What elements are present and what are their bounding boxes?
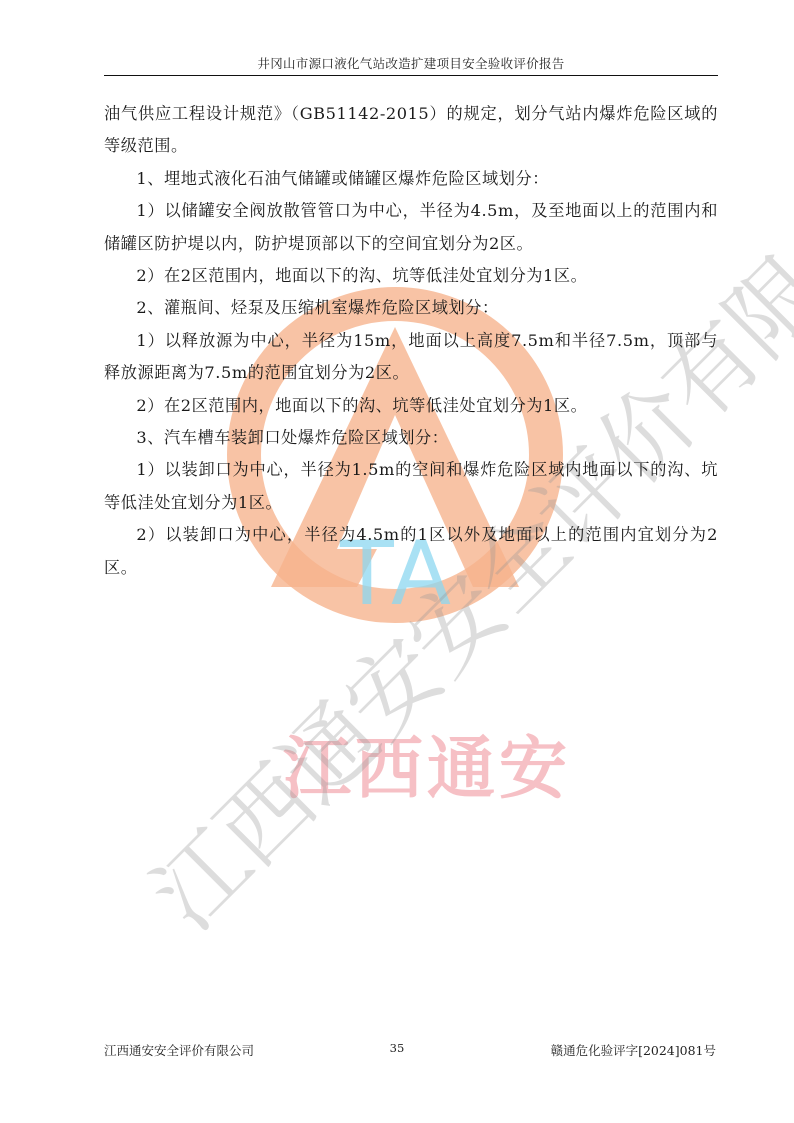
document-body: 油气供应工程设计规范》（GB51142-2015）的规定，划分气站内爆炸危险区域… [104, 98, 718, 584]
paragraph: 1）以释放源为中心，半径为15m，地面以上高度7.5m和半径7.5m，顶部与释放… [104, 325, 718, 390]
page-header-title: 井冈山市源口液化气站改造扩建项目安全验收评价报告 [104, 54, 718, 72]
watermark-brand-text: 江西通安 [283, 736, 571, 804]
section-heading: 3、汽车槽车装卸口处爆炸危险区域划分： [104, 422, 718, 454]
paragraph: 2）在2区范围内，地面以下的沟、坑等低洼处宜划分为1区。 [104, 260, 718, 292]
header-divider [104, 75, 718, 76]
section-heading: 2、灌瓶间、烃泵及压缩机室爆炸危险区域划分： [104, 292, 718, 324]
paragraph: 2）在2区范围内，地面以下的沟、坑等低洼处宜划分为1区。 [104, 390, 718, 422]
section-heading: 1、埋地式液化石油气储罐或储罐区爆炸危险区域划分： [104, 163, 718, 195]
paragraph: 1）以装卸口为中心，半径为1.5m的空间和爆炸危险区域内地面以下的沟、坑等低洼处… [104, 454, 718, 519]
paragraph: 1）以储罐安全阀放散管管口为中心，半径为4.5m，及至地面以上的范围内和储罐区防… [104, 195, 718, 260]
footer-company: 江西通安安全评价有限公司 [104, 1041, 254, 1059]
paragraph: 油气供应工程设计规范》（GB51142-2015）的规定，划分气站内爆炸危险区域… [104, 98, 718, 163]
paragraph: 2）以装卸口为中心，半径为4.5m的1区以外及地面以上的范围内宜划分为2区。 [104, 519, 718, 584]
footer-doc-number: 赣通危化验评字[2024]081号 [551, 1041, 716, 1059]
